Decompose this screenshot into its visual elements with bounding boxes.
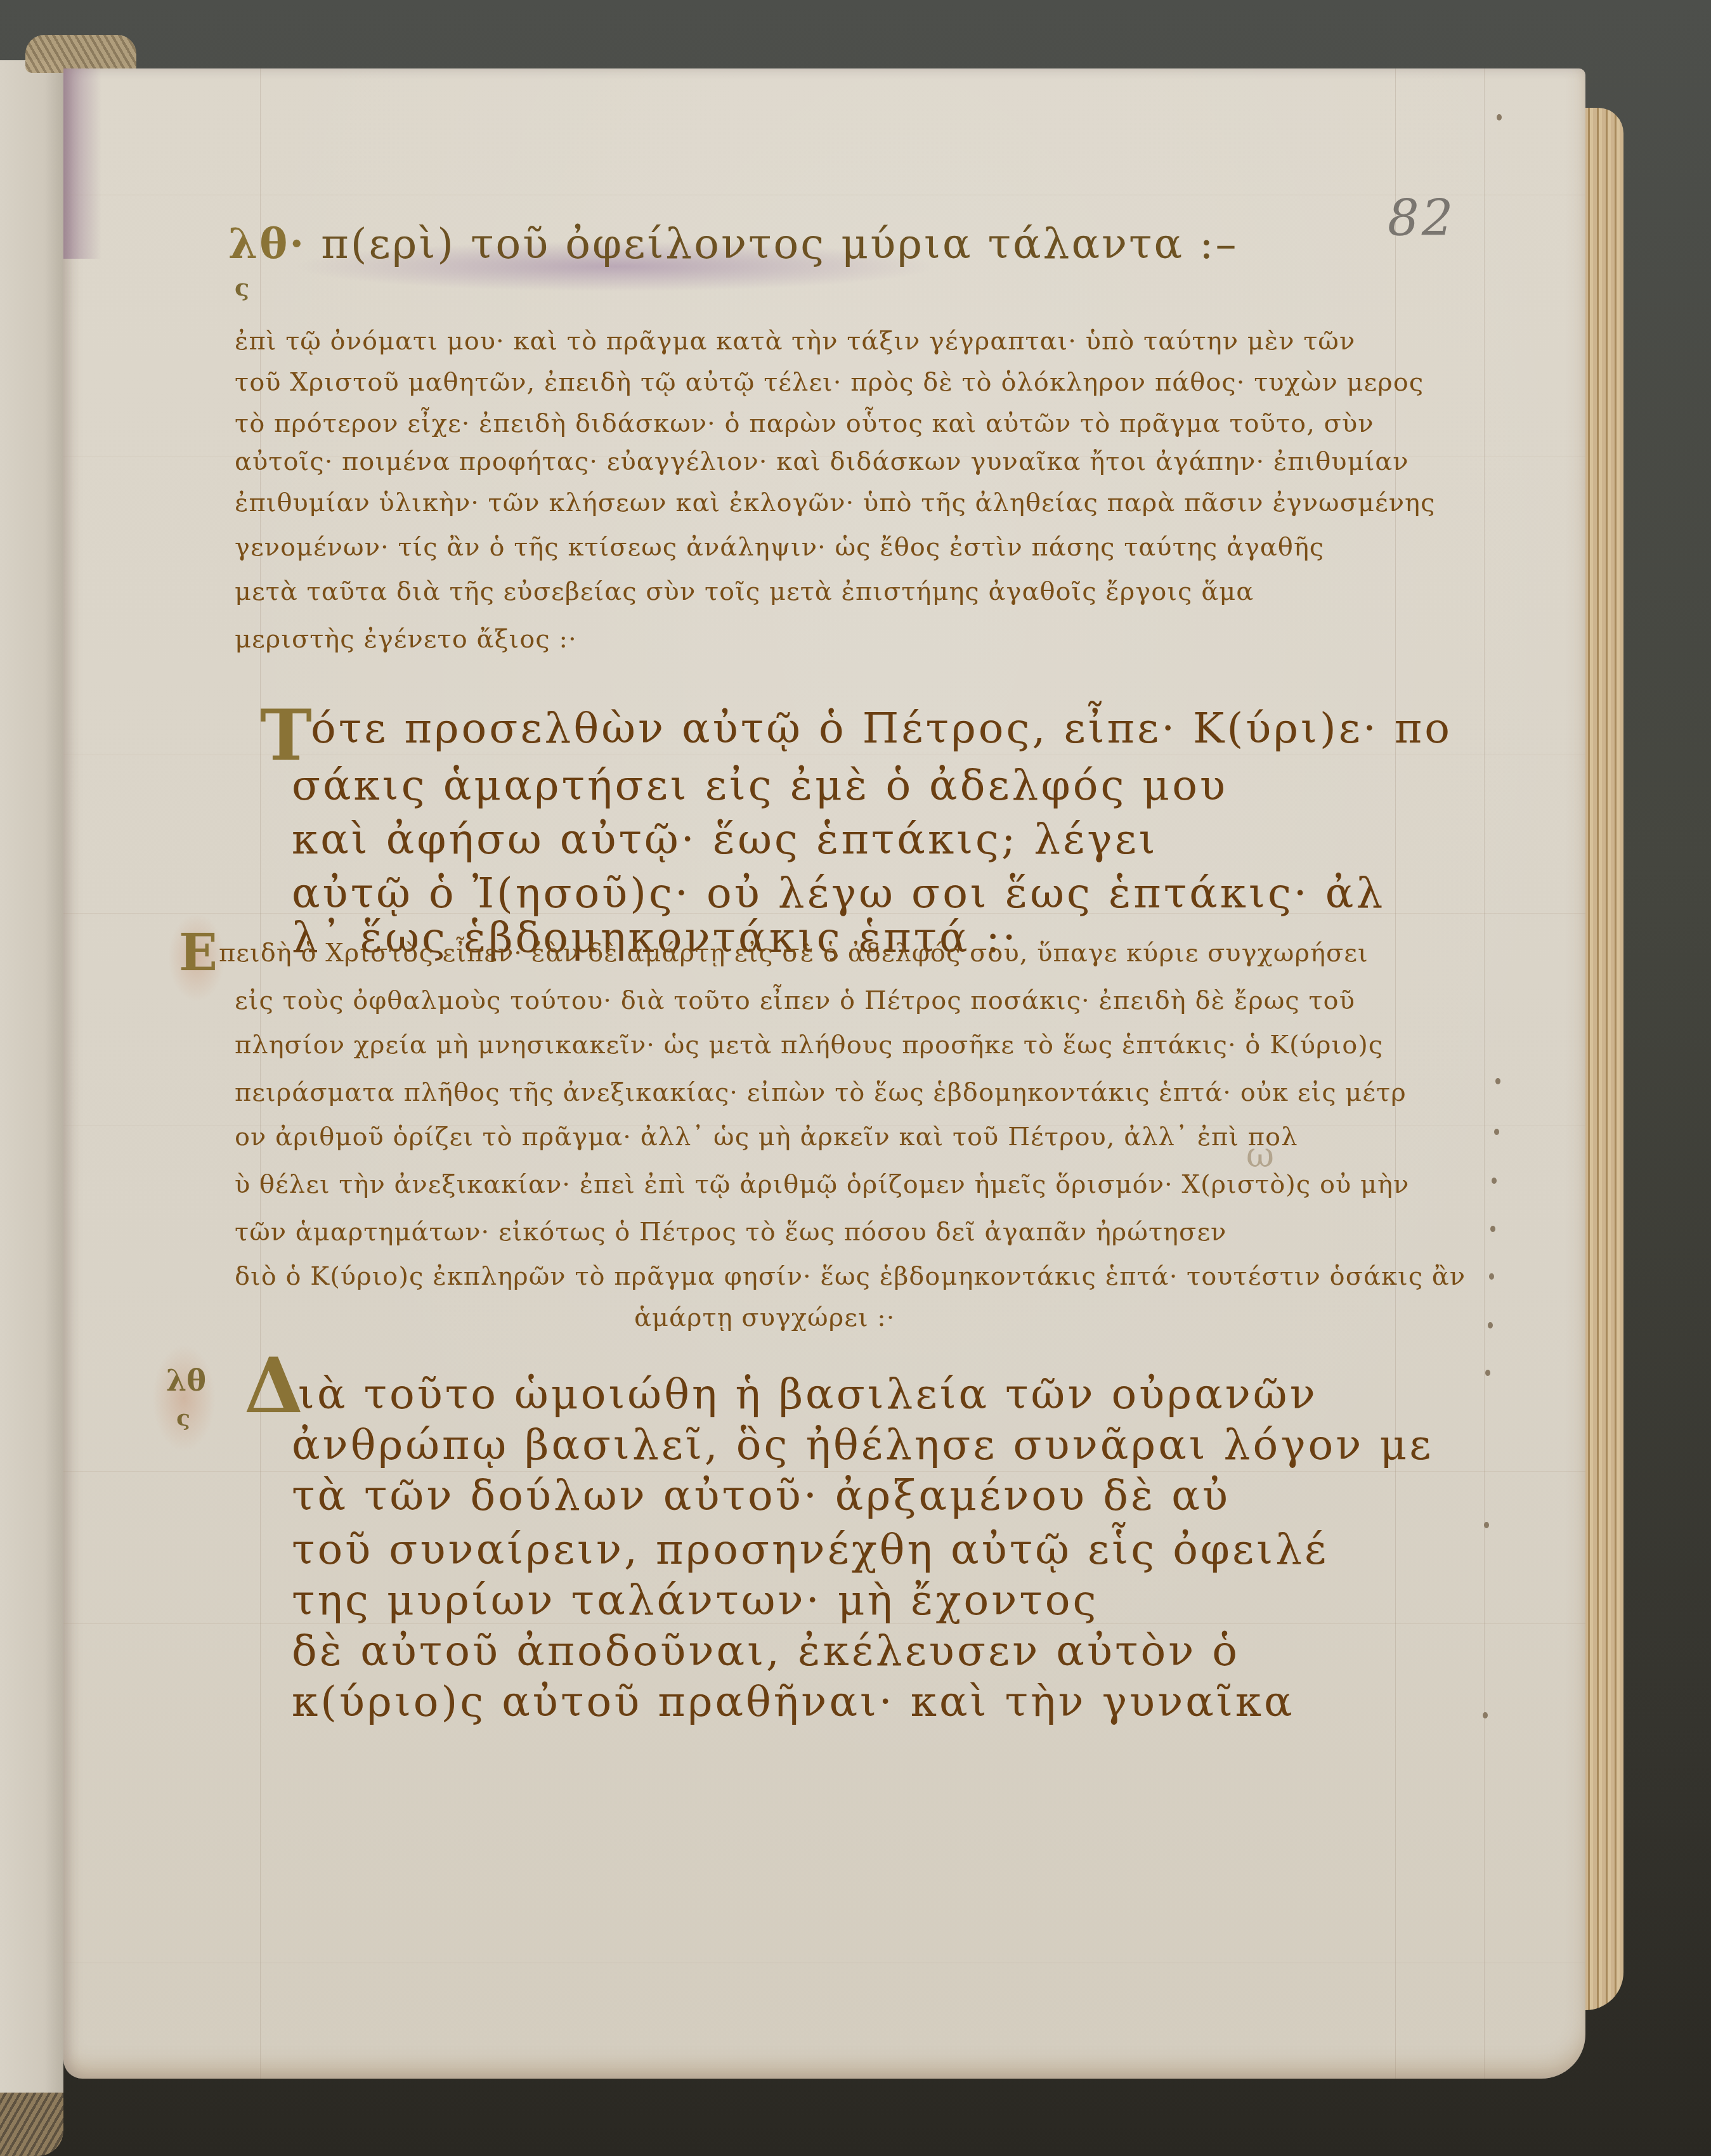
commentary-line: μεριστὴς ἐγένετο ἄξιος :· <box>235 625 577 654</box>
section-number: λθ· <box>228 219 306 268</box>
prick-mark <box>1488 1322 1493 1328</box>
scripture-line: δὲ αὐτοῦ ἀποδοῦναι, ἐκέλευσεν αὐτὸν ὁ <box>292 1627 1240 1675</box>
prick-mark <box>1495 1078 1500 1084</box>
prick-mark <box>1485 1370 1490 1376</box>
scripture-line: τὰ τῶν δούλων αὐτοῦ· ἀρξαμένου δὲ αὐ <box>292 1471 1230 1520</box>
scripture-line: σάκις ἁμαρτήσει εἰς ἐμὲ ὁ ἀδελφός μου <box>292 761 1228 810</box>
prick-mark <box>1497 114 1502 120</box>
ink-halo <box>152 1344 216 1452</box>
scripture-line: αὐτῷ ὁ Ἰ(ησοῦ)ς· οὐ λέγω σοι ἕως ἑπτάκις… <box>292 869 1385 918</box>
chapter-title: λθ· π(ερὶ) τοῦ ὀφείλοντος μύρια τάλαντα … <box>228 219 1238 268</box>
faint-margin-letter: ω <box>1246 1135 1274 1175</box>
binding-cord-bottom <box>0 2093 63 2156</box>
scripture-line: καὶ ἀφήσω αὐτῷ· ἕως ἑπτάκις; λέγει <box>292 815 1158 864</box>
commentary-line: πειράσματα πλῆθος τῆς ἀνεξικακίας· εἰπὼν… <box>235 1078 1407 1107</box>
prick-mark <box>1489 1273 1494 1280</box>
commentary-line: διὸ ὁ Κ(ύριο)ς ἐκπληρῶν τὸ πρᾶγμα φησίν·… <box>235 1262 1466 1291</box>
commentary-line: μετὰ ταῦτα διὰ τῆς εὐσεβείας σὺν τοῖς με… <box>235 577 1254 606</box>
commentary-line: πλησίον χρεία μὴ μνησικακεῖν· ὡς μετὰ πλ… <box>235 1030 1383 1060</box>
ruling-line <box>63 195 1585 195</box>
commentary-line: πειδὴ ὁ Χριστὸς εἶπεν· ἐὰν δὲ ἁμάρτῃ εἰς… <box>219 938 1369 968</box>
commentary-line: τὸ πρότερον εἶχε· ἐπειδὴ διδάσκων· ὁ παρ… <box>235 409 1374 438</box>
commentary-line: ἐπιθυμίαν ὑλικὴν· τῶν κλήσεων καὶ ἐκλογῶ… <box>235 488 1435 517</box>
commentary-line: ὺ θέλει τὴν ἀνεξικακίαν· ἐπεὶ ἐπὶ τῷ ἀρι… <box>235 1170 1409 1199</box>
commentary-line: γενομένων· τίς ἂν ὁ τῆς κτίσεως ἀνάληψιν… <box>235 533 1324 562</box>
gold-initial-delta: Δ <box>244 1341 303 1431</box>
prick-mark <box>1484 1522 1489 1528</box>
commentary-line: ἐπὶ τῷ ὀνόματι μου· καὶ τὸ πρᾶγμα κατὰ τ… <box>235 327 1355 356</box>
title-margin-sub: ς <box>235 273 249 301</box>
gold-initial-epsilon: Ε <box>179 923 218 982</box>
binding-cord-top <box>25 35 136 73</box>
ruling-line <box>1484 68 1485 2079</box>
prick-mark <box>1492 1178 1497 1184</box>
scripture-line: ιὰ τοῦτο ὡμοιώθη ἡ βασιλεία τῶν οὐρανῶν <box>298 1370 1318 1419</box>
scripture-line: τοῦ συναίρειν, προσηνέχθη αὐτῷ εἷς ὀφειλ… <box>292 1525 1329 1574</box>
scripture-line: ότε προσελθὼν αὐτῷ ὁ Πέτρος, εἶπε· Κ(ύρι… <box>311 704 1452 753</box>
prick-mark <box>1494 1129 1499 1135</box>
prick-mark <box>1483 1712 1488 1718</box>
margin-section-number: λθ <box>166 1363 206 1398</box>
folio-number: 82 <box>1388 190 1455 247</box>
commentary-line: εἰς τοὺς ὀφθαλμοὺς τούτου· διὰ τοῦτο εἶπ… <box>235 986 1355 1015</box>
left-page-edge <box>0 60 63 2121</box>
prick-mark <box>1490 1226 1495 1232</box>
margin-section-sub: ς <box>176 1405 190 1431</box>
gutter-stain <box>63 68 101 259</box>
ruling-line <box>63 1963 1585 1963</box>
commentary-line: τῶν ἁμαρτημάτων· εἰκότως ὁ Πέτρος τὸ ἕως… <box>235 1218 1226 1247</box>
scripture-line: ἀνθρώπῳ βασιλεῖ, ὃς ἠθέλησε συνᾶραι λόγο… <box>292 1420 1434 1469</box>
commentary-line: ον ἀριθμοῦ ὁρίζει τὸ πρᾶγμα· ἀλλ᾽ ὡς μὴ … <box>235 1122 1298 1152</box>
scripture-line: της μυρίων ταλάντων· μὴ ἔχοντος <box>292 1576 1099 1625</box>
commentary-line: τοῦ Χριστοῦ μαθητῶν, ἐπειδὴ τῷ αὐτῷ τέλε… <box>235 368 1424 397</box>
scripture-line: κ(ύριο)ς αὐτοῦ πραθῆναι· καὶ τὴν γυναῖκα <box>292 1677 1295 1726</box>
title-text: π(ερὶ) τοῦ ὀφείλοντος μύρια τάλαντα :– <box>321 219 1238 268</box>
commentary-line: ἁμάρτῃ συγχώρει :· <box>634 1303 895 1332</box>
commentary-line: αὐτοῖς· ποιμένα προφήτας· εὐαγγέλιον· κα… <box>235 447 1409 476</box>
